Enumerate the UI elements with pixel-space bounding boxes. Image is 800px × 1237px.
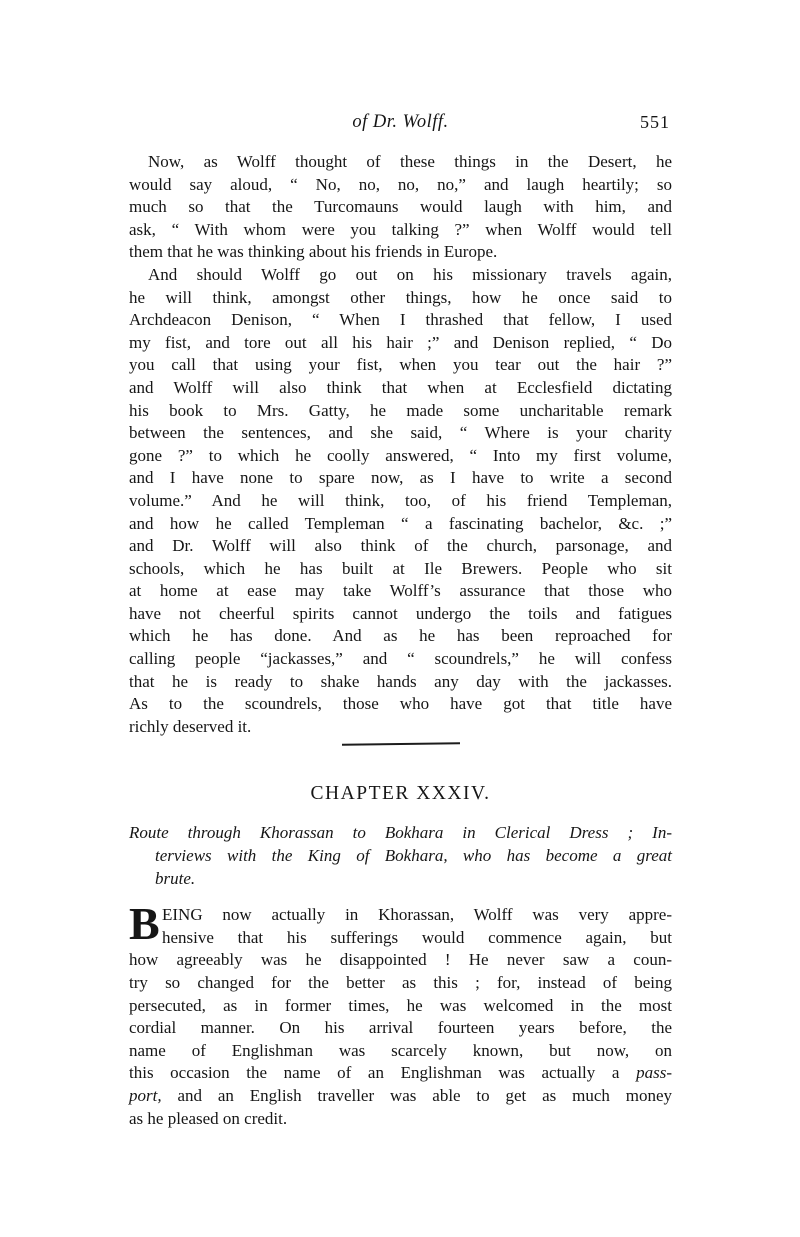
text-line: brute. [129,868,672,891]
text-line: and Dr. Wolff will also think of the chu… [129,535,672,558]
text-line: Route through Khorassan to Bokhara in Cl… [129,822,672,845]
chapter-subtitle: Route through Khorassan to Bokhara in Cl… [129,822,672,890]
text-line: name of Englishman was scarcely known, b… [129,1040,672,1063]
page-number: 551 [640,112,670,133]
text-line: and Wolff will also think that when at E… [129,377,672,400]
paragraph-missionary-travels: And should Wolff go out on his missionar… [129,264,672,738]
text-line: Now, as Wolff thought of these things in… [129,151,672,174]
text-line: them that he was thinking about his frie… [129,241,672,264]
text-line: how agreeably was he disappointed ! He n… [129,949,672,972]
text-line: you call that using your fist, when you … [129,354,672,377]
text-line: have not cheerful spirits cannot undergo… [129,603,672,626]
opening-paragraph: B EING now actually in Khorassan, Wolff … [129,904,672,1130]
text-line: and I have none to spare now, as I have … [129,467,672,490]
text-line: between the sentences, and she said, “ W… [129,422,672,445]
text-line: he will think, amongst other things, how… [129,287,672,310]
text-line: much so that the Turcomauns would laugh … [129,196,672,219]
page-header: of Dr. Wolff. 551 [129,112,672,136]
text-line: persecuted, as in former times, he was w… [129,995,672,1018]
text-line: hensive that his sufferings would commen… [129,927,672,950]
chapter-heading: CHAPTER XXXIV. [129,781,672,806]
text-line: and how he called Templeman “ a fascinat… [129,513,672,536]
text-line: port, and an English traveller was able … [129,1085,672,1108]
text-line: which he has done. And as he has been re… [129,625,672,648]
opening-paragraph-lines: EING now actually in Khorassan, Wolff wa… [129,904,672,1130]
text-line: And should Wolff go out on his missionar… [129,264,672,287]
text-line: volume.” And he will think, too, of his … [129,490,672,513]
drop-cap: B [129,904,162,947]
text-line: try so changed for the better as this ; … [129,972,672,995]
text-line: schools, which he has built at Ile Brewe… [129,558,672,581]
text-line: that he is ready to shake hands any day … [129,671,672,694]
text-line: would say aloud, “ No, no, no, no,” and … [129,174,672,197]
text-line: cordial manner. On his arrival fourteen … [129,1017,672,1040]
text-line: richly deserved it. [129,716,672,739]
text-line: as he pleased on credit. [129,1108,672,1131]
text-line: calling people “jackasses,” and “ scound… [129,648,672,671]
text-line: gone ?” to which he coolly answered, “ I… [129,445,672,468]
text-line: ask, “ With whom were you talking ?” whe… [129,219,672,242]
text-line: EING now actually in Khorassan, Wolff wa… [129,904,672,927]
text-line: terviews with the King of Bokhara, who h… [129,845,672,868]
text-line: at home at ease may take Wolff’s assuran… [129,580,672,603]
paragraph-desert-thoughts: Now, as Wolff thought of these things in… [129,151,672,264]
book-page: of Dr. Wolff. 551 Now, as Wolff thought … [129,112,672,1130]
text-line: this occasion the name of an Englishman … [129,1062,672,1085]
running-title: of Dr. Wolff. [129,112,672,133]
section-divider [341,743,459,746]
text-line: my fist, and tore out all his hair ;” an… [129,332,672,355]
text-line: As to the scoundrels, those who have got… [129,693,672,716]
text-line: Archdeacon Denison, “ When I thrashed th… [129,309,672,332]
text-line: his book to Mrs. Gatty, he made some unc… [129,400,672,423]
